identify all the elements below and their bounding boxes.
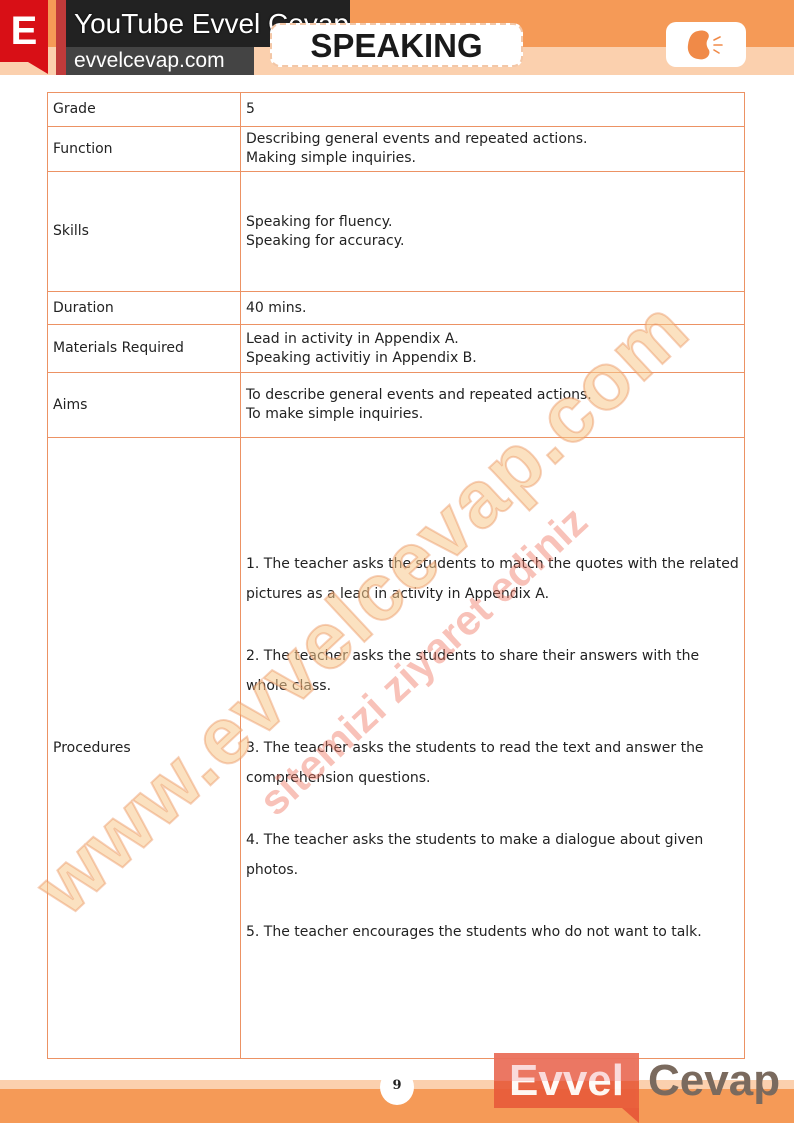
row-label: Duration	[48, 292, 241, 325]
procedure-step: 1. The teacher asks the students to matc…	[246, 549, 739, 609]
table-row: Duration 40 mins.	[48, 292, 745, 325]
speaking-head-icon	[684, 28, 728, 62]
table-row: Grade 5	[48, 93, 745, 127]
row-label: Skills	[48, 172, 241, 292]
value-line: 5	[246, 100, 739, 119]
evvel-logo: E	[0, 0, 48, 62]
table-row: Function Describing general events and r…	[48, 127, 745, 172]
row-value: 5	[241, 93, 745, 127]
logo-divider	[56, 0, 66, 75]
value-line: Lead in activity in Appendix A.	[246, 330, 739, 349]
brand-logo-tail	[622, 1108, 639, 1123]
row-label: Function	[48, 127, 241, 172]
table-row: Materials Required Lead in activity in A…	[48, 325, 745, 373]
procedure-step: 4. The teacher asks the students to make…	[246, 825, 739, 885]
row-value: 40 mins.	[241, 292, 745, 325]
procedure-step: 5. The teacher encourages the students w…	[246, 917, 739, 947]
row-label: Materials Required	[48, 325, 241, 373]
value-line: Speaking for fluency.	[246, 213, 739, 232]
row-value: Lead in activity in Appendix A. Speaking…	[241, 325, 745, 373]
value-line: Speaking for accuracy.	[246, 232, 739, 251]
table-row: Aims To describe general events and repe…	[48, 373, 745, 438]
row-value: Describing general events and repeated a…	[241, 127, 745, 172]
speaking-icon-badge	[666, 22, 746, 67]
logo-tail	[28, 62, 48, 74]
value-line: To make simple inquiries.	[246, 405, 739, 424]
page-number: 9	[380, 1069, 414, 1105]
value-line: To describe general events and repeated …	[246, 386, 739, 405]
row-value: Speaking for fluency. Speaking for accur…	[241, 172, 745, 292]
value-line: Making simple inquiries.	[246, 149, 739, 168]
brand-logo-cevap: Cevap	[648, 1053, 780, 1108]
procedure-step: 3. The teacher asks the students to read…	[246, 733, 739, 793]
table-row: Procedures 1. The teacher asks the stude…	[48, 438, 745, 1059]
site-url-label: evvelcevap.com	[66, 47, 254, 75]
brand-logo-highlight	[494, 1053, 639, 1081]
page-title: SPEAKING	[270, 23, 523, 67]
procedures-list: 1. The teacher asks the students to matc…	[241, 438, 745, 1059]
row-label: Aims	[48, 373, 241, 438]
row-value: To describe general events and repeated …	[241, 373, 745, 438]
value-line: 40 mins.	[246, 299, 739, 318]
row-label: Grade	[48, 93, 241, 127]
row-label: Procedures	[48, 438, 241, 1059]
table-row: Skills Speaking for fluency. Speaking fo…	[48, 172, 745, 292]
procedure-step: 2. The teacher asks the students to shar…	[246, 641, 739, 701]
value-line: Speaking activitiy in Appendix B.	[246, 349, 739, 368]
value-line: Describing general events and repeated a…	[246, 130, 739, 149]
lesson-plan-table: Grade 5 Function Describing general even…	[47, 92, 745, 1059]
